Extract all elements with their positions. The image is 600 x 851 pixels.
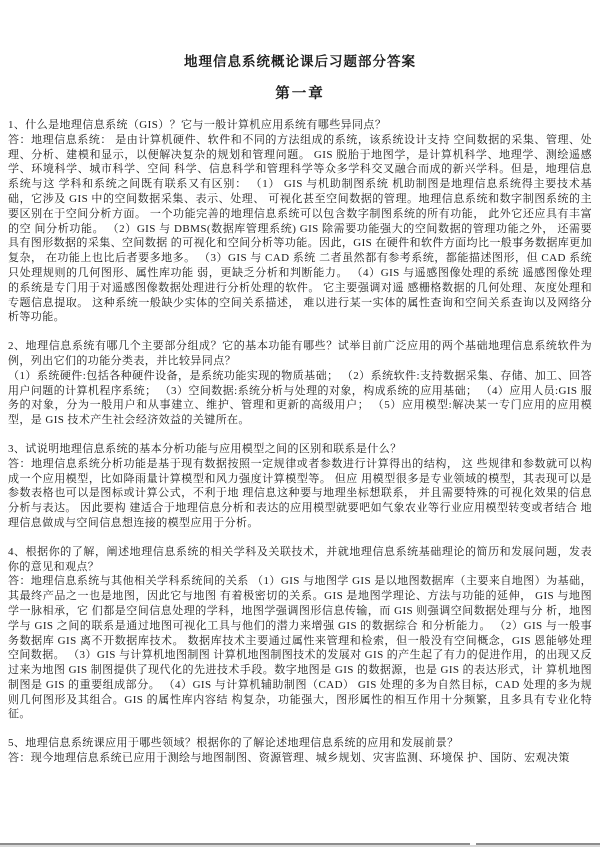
question-text: 5、地理信息系统课应用于哪些领域？根据你的了解论述地理信息系统的应用和发展前景？ — [8, 736, 592, 751]
doc-title: 地理信息系统概论课后习题部分答案 — [8, 50, 592, 70]
answer-text: 答：地理信息系统分析功能是基于现有数据按照一定规律或者参数进行计算得出的结构， … — [8, 457, 592, 531]
chapter-heading: 第一章 — [8, 82, 592, 103]
question-text: 1、什么是地理信息系统（GIS）？它与一般计算机应用系统有哪些异同点？ — [8, 118, 592, 133]
qa-block: 2、地理信息系统有哪几个主要部分组成？它的基本功能有哪些？试举目前广泛应用的两个… — [8, 339, 592, 428]
question-text: 4、根据你的了解，阐述地理信息系统的相关学科及关联技术，并就地理信息系统基础理论… — [8, 545, 592, 575]
qa-block: 5、地理信息系统课应用于哪些领域？根据你的了解论述地理信息系统的应用和发展前景？… — [8, 736, 592, 766]
question-text: 2、地理信息系统有哪几个主要部分组成？它的基本功能有哪些？试举目前广泛应用的两个… — [8, 339, 592, 369]
question-text: 3、试说明地理信息系统的基本分析功能与应用模型之间的区别和联系是什么？ — [8, 442, 592, 457]
page-break-line — [0, 843, 600, 845]
qa-block: 4、根据你的了解，阐述地理信息系统的相关学科及关联技术，并就地理信息系统基础理论… — [8, 545, 592, 723]
answer-text: 答：现今地理信息系统已应用于测绘与地图制图、资源管理、城乡规划、灾害监测、环境保… — [8, 751, 592, 766]
qa-block: 3、试说明地理信息系统的基本分析功能与应用模型之间的区别和联系是什么？ 答：地理… — [8, 442, 592, 531]
answer-text: 答：地理信息系统： 是由计算机硬件、软件和不同的方法组成的系统，该系统设计支持 … — [8, 133, 592, 325]
answer-text: （1）系统硬件:包括各种硬件设备，是系统功能实现的物质基础； （2）系统软件:支… — [8, 369, 592, 428]
answer-text: 答：地理信息系统与其他相关学科系统间的关系 （1）GIS 与地图学 GIS 是以… — [8, 574, 592, 722]
page-break-notch — [470, 843, 476, 845]
document-page: 地理信息系统概论课后习题部分答案 第一章 1、什么是地理信息系统（GIS）？它与… — [0, 0, 600, 766]
qa-block: 1、什么是地理信息系统（GIS）？它与一般计算机应用系统有哪些异同点？ 答：地理… — [8, 118, 592, 325]
